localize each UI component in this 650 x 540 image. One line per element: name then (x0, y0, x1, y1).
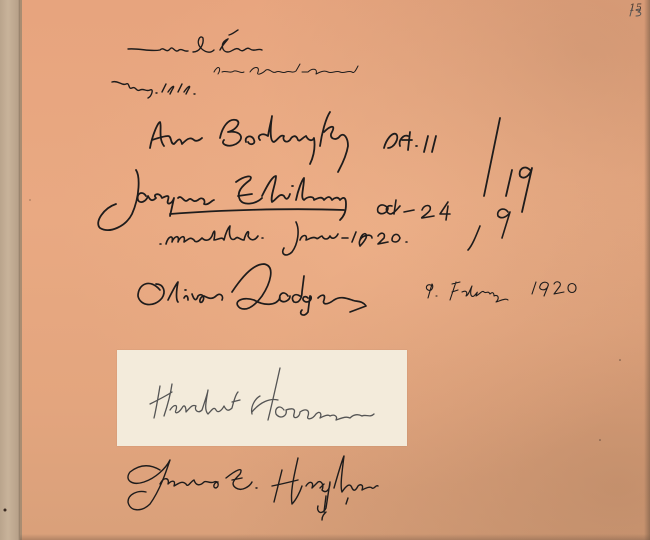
signature-bodanzky (150, 112, 348, 172)
signature-hughes (128, 456, 378, 520)
signature-maeterlinck (160, 226, 263, 244)
signature-hoover (150, 368, 374, 420)
annotation-rear-admiral (214, 64, 358, 74)
handwriting-layer (0, 0, 650, 540)
page-number-pencil (630, 8, 641, 16)
date-9-february-1920 (426, 282, 576, 302)
date-oct-24-19 (378, 200, 510, 250)
date-oct-11-19 (384, 118, 532, 212)
album-page: 15 Wm. S. Sims Rear Admiral, USNavy May,… (0, 0, 650, 540)
paper-spots (4, 199, 621, 511)
date-janv-1920 (283, 222, 407, 255)
signature-lodge (138, 264, 366, 315)
signature-sims (128, 30, 262, 52)
signature-thibaud (98, 170, 346, 230)
date-may-1919 (112, 82, 195, 98)
